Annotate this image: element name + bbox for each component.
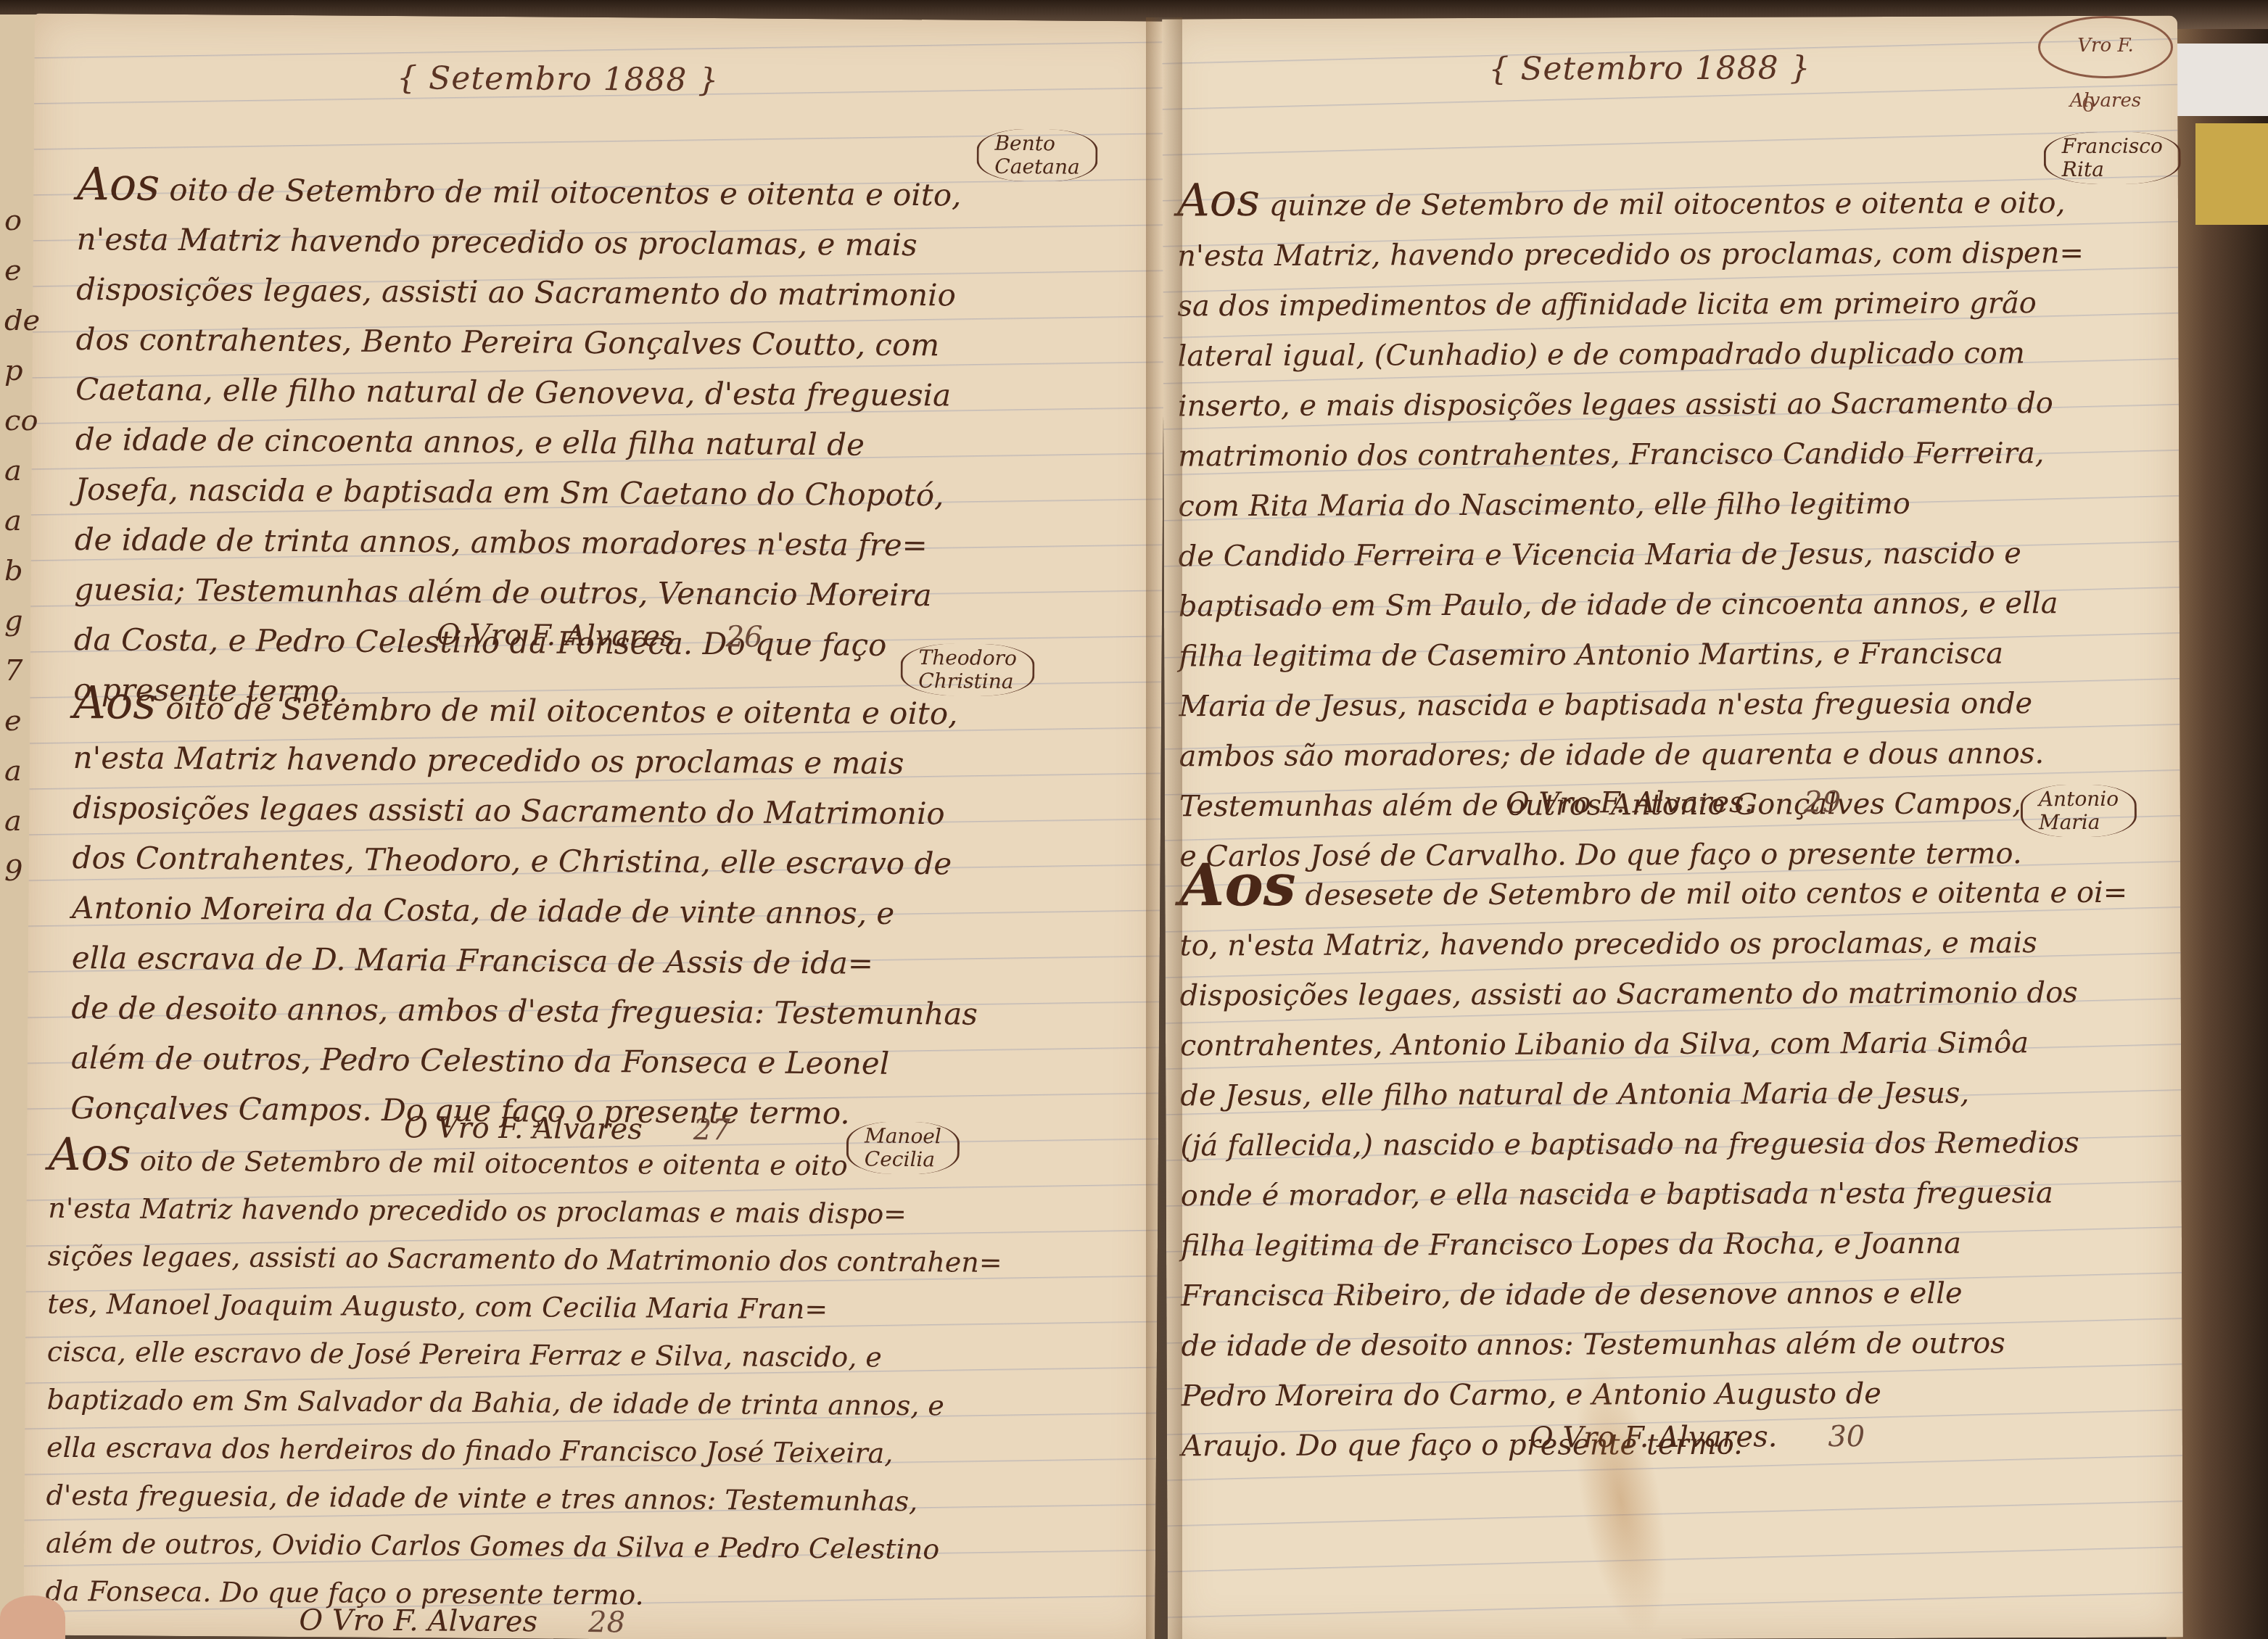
- signature-text: O Vro F. Alvares.: [1506, 786, 1754, 820]
- entry-initial-word: Aos: [1177, 173, 1260, 226]
- margin-letter: 9: [4, 846, 48, 896]
- entry-number: 29: [1804, 785, 1841, 819]
- margin-letter: a: [4, 446, 48, 496]
- book-gutter: [1146, 17, 1182, 1639]
- background-book-spine: [2195, 123, 2268, 225]
- entry-number: 26: [725, 620, 762, 653]
- entry-text: oito de Setembro de mil oitocentos e oit…: [70, 690, 978, 1131]
- register-entry: Aos oito de Setembro de mil oitocentos e…: [70, 677, 1132, 1140]
- priest-signature: O Vro F. Alvares.29: [1506, 785, 1842, 820]
- entry-initial-word: Aos: [73, 676, 156, 730]
- folio-mark: 6: [2082, 93, 2095, 117]
- priest-signature: O Vro F. Alvares26: [437, 618, 763, 653]
- signature-text: O Vro F. Alvares: [437, 618, 675, 653]
- margin-letter: e: [4, 696, 48, 746]
- holding-thumb: [0, 1595, 65, 1639]
- background-card: [2166, 44, 2268, 116]
- register-entry: Aos desesete de Setembro de mil oito cen…: [1179, 857, 2175, 1472]
- margin-letter: a: [4, 746, 48, 796]
- previous-page-margin-letters: o e de p co a a b g 7 e a a 9: [4, 196, 48, 896]
- entry-number: 30: [1828, 1420, 1865, 1453]
- entry-initial-word: Aos: [49, 1128, 131, 1181]
- margin-letter: 7: [4, 646, 48, 696]
- margin-letter: o: [4, 196, 48, 246]
- register-entry: Aos quinze de Setembro de mil oitocentos…: [1177, 172, 2173, 883]
- margin-letter: de: [4, 296, 48, 346]
- entry-initial-word: Aos: [77, 157, 160, 211]
- page-header-date: { Setembro 1888 }: [397, 59, 719, 99]
- priest-signature: O Vro F. Alvares28: [299, 1603, 625, 1639]
- signature-text: O Vro F. Alvares: [299, 1603, 537, 1638]
- margin-letter: a: [4, 496, 48, 546]
- margin-letter: co: [4, 396, 48, 446]
- margin-letter: b: [4, 546, 48, 596]
- margin-letter: p: [4, 346, 48, 396]
- entry-text: desesete de Setembro de mil oito centos …: [1179, 876, 2127, 1463]
- entry-text: oito de Setembro de mil oitocentos e oit…: [45, 1145, 1002, 1611]
- entry-number: 28: [588, 1606, 625, 1639]
- margin-letter: g: [4, 596, 48, 646]
- margin-letter: e: [4, 246, 48, 296]
- left-page: { Setembro 1888 } Bento Caetana Aos oito…: [23, 14, 1166, 1639]
- vicar-stamp: Vro F. Alvares: [2038, 16, 2173, 78]
- right-page: { Setembro 1888 } Francisco Rita Aos qui…: [1162, 16, 2183, 1639]
- page-header-date: { Setembro 1888 }: [1488, 49, 1810, 88]
- margin-letter: a: [4, 796, 48, 846]
- entry-initial-word: Aos: [1179, 851, 1296, 920]
- entry-text: quinze de Setembro de mil oitocentos e o…: [1177, 186, 2084, 873]
- marginal-names-tag: Antonio Maria: [2021, 785, 2137, 838]
- register-entry: Aos oito de Setembro de mil oitocentos e…: [45, 1131, 1137, 1622]
